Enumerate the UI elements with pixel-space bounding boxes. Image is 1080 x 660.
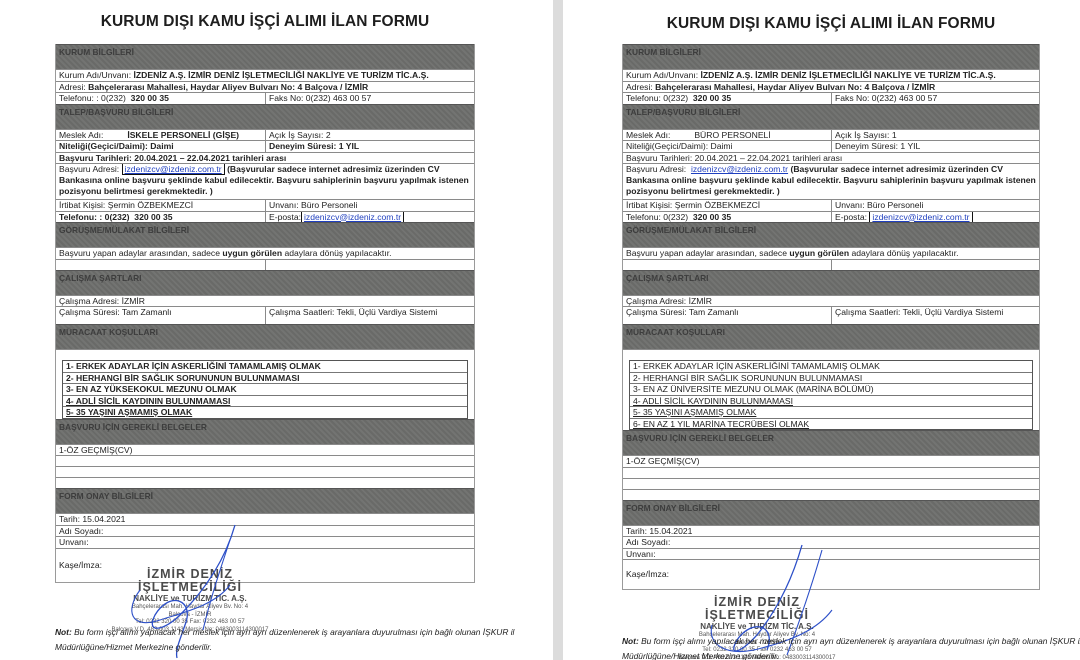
announcement-form: KURUM BİLGİLERİ Kurum Adı/Unvanı: İZDENİ… xyxy=(622,44,1040,590)
basvuru-tarihleri-row: Başvuru Tarihleri: 20.04.2021 – 22.04.20… xyxy=(56,152,474,164)
contact-email-link[interactable]: izdenizcv@izdeniz.com.tr xyxy=(869,212,972,223)
condition-item: 1- ERKEK ADAYLAR İÇİN ASKERLİĞİNİ TAMAML… xyxy=(63,361,467,372)
document-page-1: KURUM DIŞI KAMU İŞÇİ ALIMI İLAN FORMU KU… xyxy=(55,0,475,660)
irtibat-telefon-row: Telefonu: : 0(232) 320 00 35 E-posta:izd… xyxy=(56,211,474,223)
belge-row: 1-ÖZ GEÇMİŞ(CV) xyxy=(56,444,474,456)
onay-unvan-row: Unvanı: xyxy=(56,536,474,548)
section-header-kurum: KURUM BİLGİLERİ xyxy=(56,44,474,69)
condition-item: 3- EN AZ YÜKSEKOKUL MEZUNU OLMAK xyxy=(63,383,467,395)
kurum-adres-row: Adresi: Bahçelerarası Mahallesi, Haydar … xyxy=(56,81,474,93)
empty-row xyxy=(56,259,474,270)
section-header-talep: TALEP/BAŞVURU BİLGİLERİ xyxy=(56,104,474,129)
condition-item: 2- HERHANGİ BİR SAĞLIK SORUNUNUN BULUNMA… xyxy=(630,372,1032,384)
irtibat-row: İrtibat Kişisi: Şermin ÖZBEKMEZCİ Unvanı… xyxy=(56,199,474,211)
section-header-kurum: KURUM BİLGİLERİ xyxy=(623,44,1039,69)
section-header-talep: TALEP/BAŞVURU BİLGİLERİ xyxy=(623,104,1039,129)
condition-item: 3- EN AZ ÜNİVERSİTE MEZUNU OLMAK (MARİNA… xyxy=(630,383,1032,395)
section-header-gorusme: GÖRÜŞME/MÜLAKAT BİLGİLERİ xyxy=(56,222,474,247)
section-header-muracaat: MÜRACAAT KOŞULLARI xyxy=(623,324,1039,349)
basvuru-adresi-row: Başvuru Adresi: izdenizcv@izdeniz.com.tr… xyxy=(56,163,474,199)
section-header-onay: FORM ONAY BİLGİLERİ xyxy=(56,488,474,513)
page-title: KURUM DIŞI KAMU İŞÇİ ALIMI İLAN FORMU xyxy=(622,15,1040,33)
kurum-telefon-row: Telefonu: : 0(232) 320 00 35 Faks No: 0(… xyxy=(56,92,474,104)
gorusme-text-row: Başvuru yapan adaylar arasından, sadece … xyxy=(56,247,474,259)
condition-item: 6- EN AZ 1 YIL MARİNA TECRÜBESİ OLMAK xyxy=(630,418,1032,430)
section-header-belgeler: BAŞVURU İÇİN GEREKLİ BELGELER xyxy=(623,430,1039,455)
document-page-2: KURUM DIŞI KAMU İŞÇİ ALIMI İLAN FORMU KU… xyxy=(622,0,1040,660)
condition-item: 2- HERHANGİ BİR SAĞLIK SORUNUNUN BULUNMA… xyxy=(63,372,467,384)
kurum-adi-row: Kurum Adı/Unvanı: İZDENİZ A.Ş. İZMİR DEN… xyxy=(56,69,474,81)
faks-value: Faks No: 0(232) 463 00 57 xyxy=(265,93,474,104)
calisma-adresi-row: Çalışma Adresi: İZMİR xyxy=(56,295,474,307)
section-header-belgeler: BAŞVURU İÇİN GEREKLİ BELGELER xyxy=(56,419,474,444)
announcement-form: KURUM BİLGİLERİ Kurum Adı/Unvanı: İZDENİ… xyxy=(55,44,475,583)
page-divider xyxy=(553,0,563,660)
page-title: KURUM DIŞI KAMU İŞÇİ ALIMI İLAN FORMU xyxy=(55,13,475,31)
footer-note: Not: Bu form işçi alımı yapılacak her me… xyxy=(55,625,517,655)
onay-tarih-row: Tarih: 15.04.2021 xyxy=(56,513,474,525)
onay-adi-row: Adı Soyadı: xyxy=(56,525,474,537)
application-email-link[interactable]: izdenizcv@izdeniz.com.tr xyxy=(122,164,225,175)
nitelik-row: Niteliği(Geçici/Daimi): Daimi Deneyim Sü… xyxy=(56,140,474,152)
contact-email-link[interactable]: izdenizcv@izdeniz.com.tr xyxy=(301,212,404,223)
condition-item: 1- ERKEK ADAYLAR İÇİN ASKERLİĞİNİ TAMAML… xyxy=(630,361,1032,372)
section-header-gorusme: GÖRÜŞME/MÜLAKAT BİLGİLERİ xyxy=(623,222,1039,247)
section-header-onay: FORM ONAY BİLGİLERİ xyxy=(623,500,1039,525)
section-header-calisma: ÇALIŞMA ŞARTLARI xyxy=(623,270,1039,295)
section-header-calisma: ÇALIŞMA ŞARTLARI xyxy=(56,270,474,295)
conditions-box: 1- ERKEK ADAYLAR İÇİN ASKERLİĞİNİ TAMAML… xyxy=(56,349,474,419)
section-header-muracaat: MÜRACAAT KOŞULLARI xyxy=(56,324,474,349)
footer-note: Not: Bu form işçi alımı yapılacak her me… xyxy=(622,634,1080,660)
meslek-row: Meslek Adı: İSKELE PERSONELİ (GİŞE) Açık… xyxy=(56,129,474,141)
condition-item: 5- 35 YAŞINI AŞMAMIŞ OLMAK xyxy=(63,406,467,418)
conditions-box: 1- ERKEK ADAYLAR İÇİN ASKERLİĞİNİ TAMAML… xyxy=(623,349,1039,430)
condition-item: 4- ADLİ SİCİL KAYDININ BULUNMAMASI xyxy=(630,395,1032,407)
calisma-sure-row: Çalışma Süresi: Tam Zamanlı Çalışma Saat… xyxy=(56,306,474,324)
condition-item: 4- ADLİ SİCİL KAYDININ BULUNMAMASI xyxy=(63,395,467,407)
application-email-link[interactable]: izdenizcv@izdeniz.com.tr xyxy=(691,164,788,174)
condition-item: 5- 35 YAŞINI AŞMAMIŞ OLMAK xyxy=(630,406,1032,418)
